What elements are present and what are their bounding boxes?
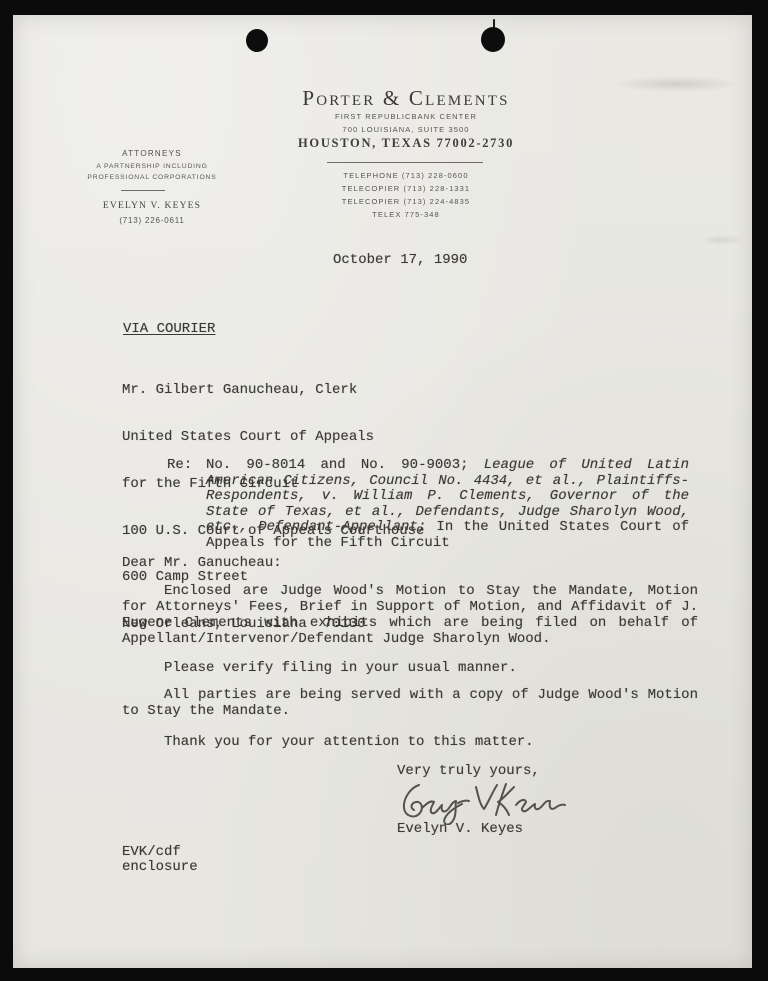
attorney-phone: (713) 226-0611 [82,216,222,225]
body-paragraph: All parties are being served with a copy… [122,688,698,720]
letterhead-divider-rule [327,162,483,163]
punch-hole-left [246,29,268,52]
letterhead-contact-line: TELECOPIER (713) 228-1331 [256,184,556,193]
punch-hole-right [481,27,505,52]
address-line: United States Court of Appeals [122,430,424,446]
salutation: Dear Mr. Ganucheau: [122,556,282,572]
body-paragraph: Please verify filing in your usual manne… [122,661,698,677]
reference-label: Re: [167,458,192,474]
body-paragraph: Enclosed are Judge Wood's Motion to Stay… [122,584,698,648]
partnership-note-line: A PARTNERSHIP INCLUDING [82,163,222,170]
letterhead-contact-line: TELECOPIER (713) 224-4835 [256,197,556,206]
handwritten-signature [398,775,568,825]
date-line: October 17, 1990 [333,253,467,269]
attorney-name: EVELYN V. KEYES [82,201,222,211]
attorneys-title: ATTORNEYS [82,149,222,158]
body-paragraph: Thank you for your attention to this mat… [122,735,698,751]
letterhead-address-line: FIRST REPUBLICBANK CENTER [256,112,556,121]
case-numbers: No. 90-8014 and No. 90-9003; [206,457,484,473]
letterhead-city-line: HOUSTON, TEXAS 77002-2730 [256,136,556,151]
reference-text: No. 90-8014 and No. 90-9003; League of U… [206,458,689,551]
reference-block: Re: No. 90-8014 and No. 90-9003; League … [167,458,689,551]
side-divider-rule [121,190,165,191]
letterhead-contact-line: TELEX 775-348 [256,210,556,219]
enclosure-notation: enclosure [122,860,198,876]
signature-scribble [398,775,568,825]
typed-signer-name: Evelyn V. Keyes [397,822,523,838]
partnership-note-line: PROFESSIONAL CORPORATIONS [82,174,222,181]
scanned-letter-page: Porter & Clements FIRST REPUBLICBANK CEN… [0,0,768,981]
address-line: Mr. Gilbert Ganucheau, Clerk [122,383,424,399]
letterhead-contact-line: TELEPHONE (713) 228-0600 [256,171,556,180]
delivery-method: VIA COURIER [123,322,215,338]
letterhead-address-line: 700 LOUISIANA, SUITE 3500 [256,125,556,134]
firm-name: Porter & Clements [256,86,556,111]
